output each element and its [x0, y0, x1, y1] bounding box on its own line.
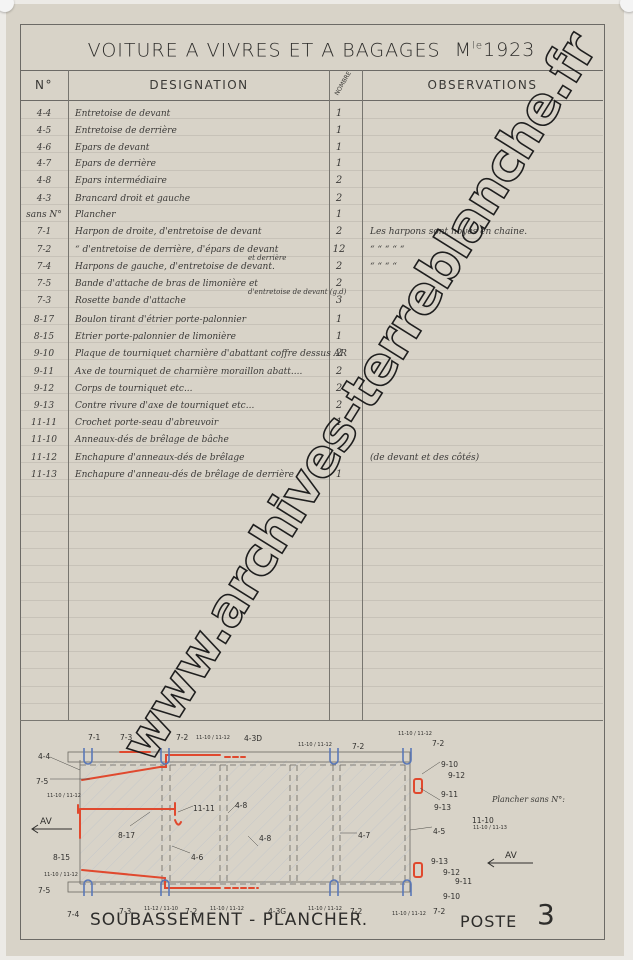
poste-number: 3 [537, 898, 555, 931]
direction-label-right: AV [505, 851, 517, 861]
part-callout-small: 11-10 / 11-13 [473, 825, 507, 831]
part-callout: 4-5 [433, 827, 445, 836]
part-callout: 8-17 [118, 831, 135, 840]
part-callout: 11-11 [193, 804, 215, 813]
part-callout: 9-13 [434, 803, 451, 812]
poste-label: POSTE [460, 912, 517, 931]
part-callout: 9-11 [455, 877, 472, 886]
direction-label-left: AV [40, 817, 52, 827]
part-callout-small: 11-10 / 11-12 [44, 872, 78, 878]
part-callout-small: 11-10 / 11-12 [298, 742, 332, 748]
part-callout: 9-13 [431, 857, 448, 866]
part-callout-small: 11-10 / 11-12 [392, 911, 426, 917]
part-callout: 9-11 [441, 790, 458, 799]
part-callout: 8-15 [53, 853, 70, 862]
part-callout: 7-2 [432, 739, 444, 748]
part-callout: 4-8 [235, 801, 247, 810]
part-callout: 7-4 [67, 910, 79, 919]
part-callout: 4-6 [191, 853, 203, 862]
part-callout: 11-10 [472, 816, 494, 825]
part-callout: 7-2 [352, 742, 364, 751]
part-callout: 9-10 [443, 892, 460, 901]
plancher-note: Plancher sans N°: [492, 795, 565, 804]
part-callout-small: 11-10 / 11-12 [398, 731, 432, 737]
part-callout: 7-5 [36, 777, 48, 786]
part-callout: 4-3D [244, 734, 262, 743]
part-callout: 7-1 [88, 733, 100, 742]
part-callout-small: 11-10 / 11-12 [196, 735, 230, 741]
part-callout: 4-8 [259, 834, 271, 843]
part-callout: 9-10 [441, 760, 458, 769]
diagram-title: SOUBASSEMENT - PLANCHER. [90, 910, 368, 930]
part-callout: 9-12 [443, 868, 460, 877]
part-callout: 4-7 [358, 831, 370, 840]
part-callout: 7-2 [433, 907, 445, 916]
part-callout: 4-4 [38, 752, 50, 761]
part-callout: 7-5 [38, 886, 50, 895]
part-callout: 9-12 [448, 771, 465, 780]
part-callout-small: 11-10 / 11-12 [47, 793, 81, 799]
